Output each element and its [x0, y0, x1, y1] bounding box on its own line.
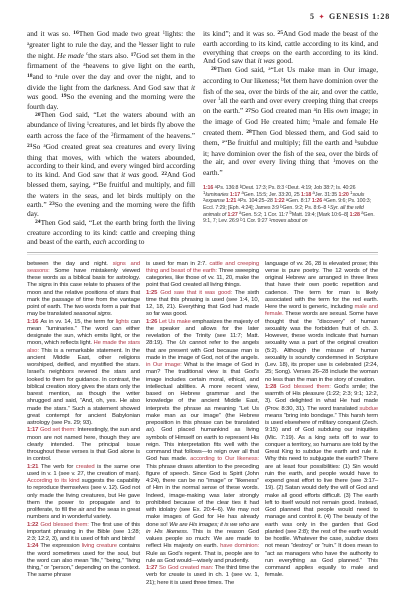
study-notes-column-3: language of vv. 26, 28 is elevated prose…: [265, 261, 378, 587]
bible-paragraph-v24: 24Then God said, “Let the earth bring fo…: [27, 219, 195, 246]
running-head-title: GENESIS 1:28: [329, 12, 390, 21]
diamond-ornament-icon: ✦: [319, 13, 325, 21]
study-note-1-22: 1:22 God blessed them: The first use of …: [27, 522, 140, 544]
study-notes-section: between the day and night. signs and sea…: [27, 261, 378, 587]
page-number: 5: [310, 12, 315, 21]
section-divider: [27, 252, 378, 255]
bible-paragraph-v20-23: 20Then God said, “Let the waters abound …: [27, 111, 195, 219]
study-note-1-25: 1:25 God saw that it was good: The sixth…: [146, 290, 259, 319]
bible-column-left: and it was so. 16Then God made two great…: [27, 30, 195, 247]
running-head: 5✦GENESIS 1:28: [27, 12, 390, 21]
bible-column-right: its kind”; and it was so. 25And God made…: [203, 30, 378, 247]
study-notes-column-1: between the day and night. signs and sea…: [27, 261, 140, 587]
study-note: is used for man in 2:7. cattle and creep…: [146, 261, 259, 290]
study-note-1-21: 1:21 The verb for created is the same on…: [27, 464, 140, 522]
bible-page: 5✦GENESIS 1:28 and it was so. 16Then God…: [0, 0, 396, 600]
cross-references-block: 1:16 aPs. 136:8 bDeut. 17:3; Ps. 8:3 cDe…: [203, 185, 378, 225]
study-note-1-16: 1:16 As in vv. 14, 15, the term for ligh…: [27, 319, 140, 428]
study-note-1-24: 1:24 The expression living creature cont…: [27, 543, 140, 579]
study-note: language of vv. 26, 28 is elevated prose…: [265, 261, 378, 384]
study-notes-column-2: is used for man in 2:7. cattle and creep…: [146, 261, 259, 587]
study-note: between the day and night. signs and sea…: [27, 261, 140, 319]
study-note-1-17: 1:17 God set them: Interestingly, the su…: [27, 427, 140, 463]
study-note-1-28: 1:28 God blessed them: God’s smile; the …: [265, 384, 378, 580]
study-note-1-26: 1:26 Let Us make emphasizes the majesty …: [146, 319, 259, 566]
bible-paragraph-v15-19: and it was so. 16Then God made two great…: [27, 30, 195, 111]
bible-text-section: and it was so. 16Then God made two great…: [27, 30, 378, 247]
study-note-1-27: 1:27 So God created man: The third time …: [146, 565, 259, 587]
bible-paragraph-v26-28: 26Then God said, a“Let Us make man in Ou…: [203, 66, 378, 178]
bible-paragraph-v24-25: its kind”; and it was so. 25And God made…: [203, 30, 378, 66]
